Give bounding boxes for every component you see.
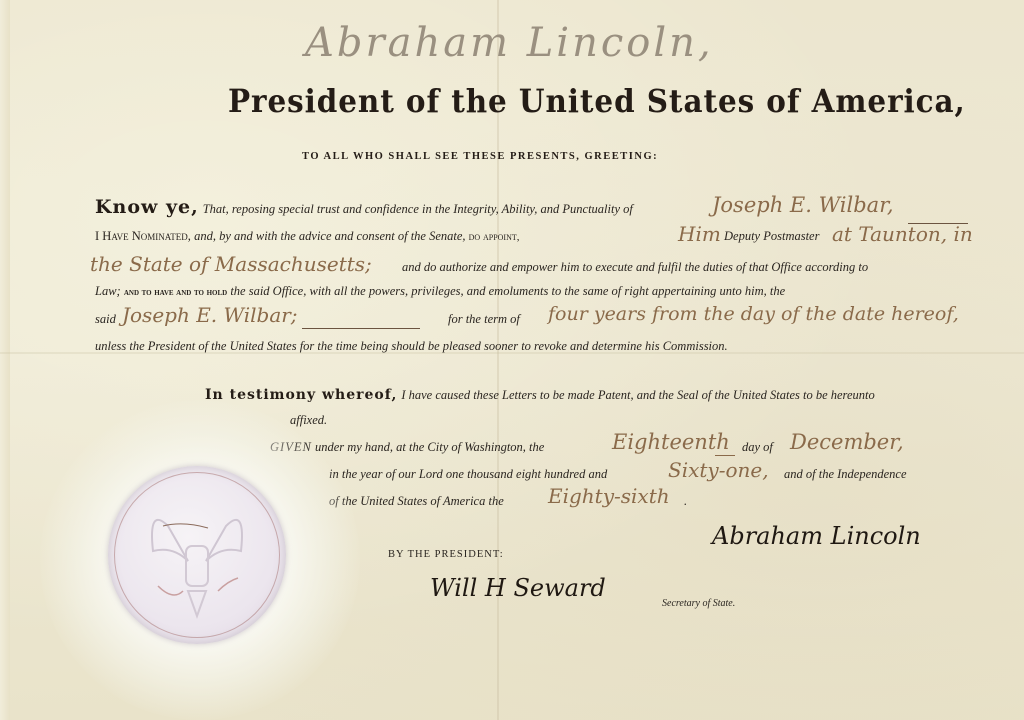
document-title: President of the United States of Americ… xyxy=(228,82,966,120)
law-text: Law; xyxy=(95,284,121,298)
great-seal-emblem xyxy=(108,466,286,644)
greeting-line: TO ALL WHO SHALL SEE THESE PRESENTS, GRE… xyxy=(302,151,658,162)
know-ye-lead: Know ye, xyxy=(95,196,199,218)
given-place-text: under my hand, at the City of Washington… xyxy=(315,440,544,454)
nominated-text: I Have Nominated, xyxy=(95,229,191,243)
testimony-lead: In testimony whereof, xyxy=(205,387,397,403)
day-of-text: day of xyxy=(742,440,773,455)
president-name-script: Abraham Lincoln, xyxy=(305,20,714,66)
testimony-text: I have caused these Letters to be made P… xyxy=(401,388,874,402)
independence-text: and of the Independence xyxy=(784,467,907,482)
said-text: said xyxy=(95,312,116,327)
testimony-line: In testimony whereof, I have caused thes… xyxy=(205,386,875,404)
paper-edge xyxy=(0,0,10,720)
handwritten-month: December, xyxy=(790,430,904,454)
secretary-title: Secretary of State. xyxy=(662,598,735,609)
line1-text: That, reposing special trust and confide… xyxy=(203,202,633,216)
eagle-icon xyxy=(108,466,286,644)
term-text: for the term of xyxy=(448,312,520,327)
by-the-president-label: BY THE PRESIDENT: xyxy=(388,549,504,560)
body-line-1: Know ye, That, reposing special trust an… xyxy=(95,196,633,218)
handwritten-term: four years from the day of the date here… xyxy=(548,303,959,325)
handwritten-year: Sixty-one, xyxy=(668,458,769,482)
line4-text: the said Office, with all the powers, pr… xyxy=(230,284,785,298)
handwritten-him: Him xyxy=(678,222,721,246)
year-text: in the year of our Lord one thousand eig… xyxy=(329,467,607,482)
handwritten-independence: Eighty-sixth xyxy=(548,484,670,508)
handwritten-place: at Taunton, in xyxy=(832,222,973,246)
office-title: Deputy Postmaster xyxy=(724,229,819,244)
have-hold-text: and to have and to hold xyxy=(124,287,227,298)
body-line-2: I Have Nominated, and, by and with the a… xyxy=(95,229,520,244)
line2-text: and, by and with the advice and consent … xyxy=(194,229,465,243)
handwritten-state: the State of Massachusetts; xyxy=(90,252,372,276)
blank-line-2 xyxy=(302,319,420,337)
handwritten-appointee-name: Joseph E. Wilbar, xyxy=(712,193,894,217)
secretary-signature: Will H Seward xyxy=(430,574,606,602)
president-signature: Abraham Lincoln xyxy=(712,522,921,550)
states-text: of the United States of America the xyxy=(329,494,504,509)
body-line-4: Law; and to have and to hold the said Of… xyxy=(95,284,785,299)
appoint-text: do appoint, xyxy=(469,231,520,243)
line3-text: and do authorize and empower him to exec… xyxy=(402,260,868,275)
period: . xyxy=(684,494,687,509)
affixed-text: affixed. xyxy=(290,413,327,428)
handwritten-day: Eighteenth xyxy=(612,430,730,454)
line6-text: unless the President of the United State… xyxy=(95,339,728,354)
handwritten-appointee-name-2: Joseph E. Wilbar; xyxy=(122,303,298,327)
